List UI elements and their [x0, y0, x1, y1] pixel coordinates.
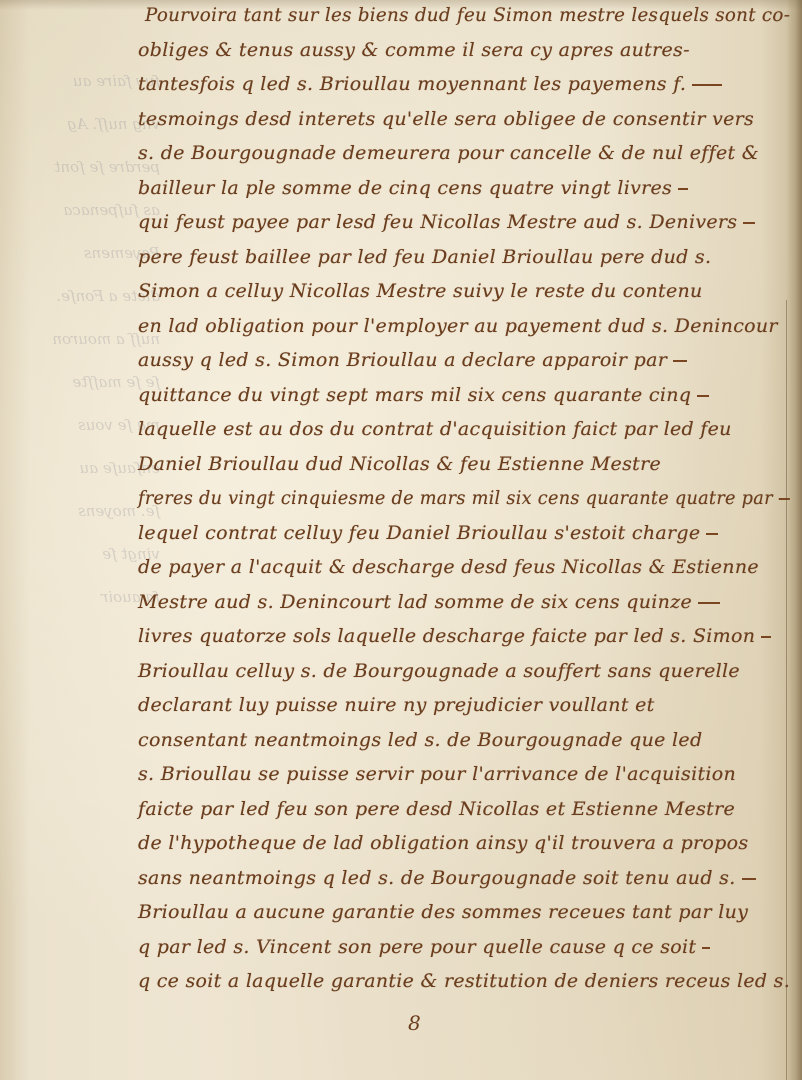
- manuscript-line-text: Brioullau a aucune garantie des sommes r…: [138, 901, 748, 923]
- manuscript-line-text: declarant luy puisse nuire ny prejudicie…: [138, 694, 655, 716]
- manuscript-line: de payer a l'acquit & descharge desd feu…: [138, 556, 759, 578]
- manuscript-line-text: qui feust payee par lesd feu Nicollas Me…: [138, 211, 737, 233]
- manuscript-line-text: Simon a celluy Nicollas Mestre suivy le …: [138, 280, 703, 302]
- manuscript-line: consentant neantmoings led s. de Bourgou…: [138, 729, 702, 751]
- manuscript-line: Mestre aud s. Denincourt lad somme de si…: [138, 591, 720, 613]
- manuscript-line: quittance du vingt sept mars mil six cen…: [138, 384, 709, 406]
- manuscript-line-text: obliges & tenus aussy & comme il sera cy…: [138, 39, 690, 61]
- manuscript-line: sans neantmoings q led s. de Bourgougnad…: [138, 867, 756, 889]
- manuscript-line: bailleur la ple somme de cinq cens quatr…: [138, 177, 688, 199]
- line-filler-stroke: [743, 222, 755, 224]
- manuscript-line-text: lequel contrat celluy feu Daniel Brioull…: [138, 522, 700, 544]
- manuscript-line: en lad obligation pour l'employer au pay…: [138, 315, 778, 337]
- line-filler-stroke: [702, 947, 710, 949]
- manuscript-line: faicte par led feu son pere desd Nicolla…: [138, 798, 735, 820]
- manuscript-line-text: q par led s. Vincent son pere pour quell…: [138, 936, 696, 958]
- manuscript-line-text: Mestre aud s. Denincourt lad somme de si…: [138, 591, 692, 613]
- manuscript-line-text: aussy q led s. Simon Brioullau a declare…: [138, 349, 667, 371]
- manuscript-line-text: tesmoings desd interets qu'elle sera obl…: [138, 108, 754, 130]
- manuscript-line-text: bailleur la ple somme de cinq cens quatr…: [138, 177, 672, 199]
- manuscript-line: livres quatorze sols laquelle descharge …: [138, 625, 771, 647]
- manuscript-line: Simon a celluy Nicollas Mestre suivy le …: [138, 280, 703, 302]
- manuscript-line-text: s. de Bourgougnade demeurera pour cancel…: [138, 142, 759, 164]
- manuscript-line-text: freres du vingt cinquiesme de mars mil s…: [138, 487, 773, 509]
- manuscript-line: s. Brioullau se puisse servir pour l'arr…: [138, 763, 736, 785]
- line-filler-stroke: [692, 84, 722, 86]
- manuscript-line: q par led s. Vincent son pere pour quell…: [138, 936, 710, 958]
- manuscript-line: Daniel Brioullau dud Nicollas & feu Esti…: [138, 453, 661, 475]
- manuscript-line: laquelle est au dos du contrat d'acquisi…: [138, 418, 732, 440]
- manuscript-line-text: pere feust baillee par led feu Daniel Br…: [138, 246, 711, 268]
- binding-edge: [786, 0, 802, 1080]
- manuscript-line-text: tantesfois q led s. Brioullau moyennant …: [138, 73, 686, 95]
- line-filler-stroke: [698, 602, 720, 604]
- manuscript-line-text: s. Brioullau se puisse servir pour l'arr…: [138, 763, 736, 785]
- manuscript-line-text: laquelle est au dos du contrat d'acquisi…: [138, 418, 732, 440]
- manuscript-line: tantesfois q led s. Brioullau moyennant …: [138, 73, 722, 95]
- manuscript-line: Brioullau a aucune garantie des sommes r…: [138, 901, 748, 923]
- line-filler-stroke: [697, 395, 709, 397]
- manuscript-line-text: faicte par led feu son pere desd Nicolla…: [138, 798, 735, 820]
- manuscript-line: pere feust baillee par led feu Daniel Br…: [138, 246, 711, 268]
- manuscript-line: lequel contrat celluy feu Daniel Brioull…: [138, 522, 718, 544]
- manuscript-line: Brioullau celluy s. de Bourgougnade a so…: [138, 660, 740, 682]
- manuscript-line-text: quittance du vingt sept mars mil six cen…: [138, 384, 691, 406]
- line-filler-stroke: [706, 533, 718, 535]
- line-filler-stroke: [742, 878, 756, 880]
- manuscript-page: ſuy faire auvng nuſſ. Agperdre ſe ſontas…: [0, 0, 802, 1080]
- manuscript-line-text: Pourvoira tant sur les biens dud feu Sim…: [145, 4, 790, 26]
- manuscript-line-text: de payer a l'acquit & descharge desd feu…: [138, 556, 759, 578]
- manuscript-line: tesmoings desd interets qu'elle sera obl…: [138, 108, 754, 130]
- manuscript-line: s. de Bourgougnade demeurera pour cancel…: [138, 142, 759, 164]
- manuscript-line: qui feust payee par lesd feu Nicollas Me…: [138, 211, 755, 233]
- manuscript-line: obliges & tenus aussy & comme il sera cy…: [138, 39, 690, 61]
- manuscript-line-text: en lad obligation pour l'employer au pay…: [138, 315, 778, 337]
- manuscript-line: de l'hypotheque de lad obligation ainsy …: [138, 832, 748, 854]
- manuscript-line-text: livres quatorze sols laquelle descharge …: [138, 625, 755, 647]
- manuscript-line-text: Brioullau celluy s. de Bourgougnade a so…: [138, 660, 740, 682]
- line-filler-stroke: [673, 360, 687, 362]
- folio-mark: 8: [408, 1011, 421, 1035]
- manuscript-line: declarant luy puisse nuire ny prejudicie…: [138, 694, 655, 716]
- manuscript-line: Pourvoira tant sur les biens dud feu Sim…: [145, 4, 790, 26]
- manuscript-line: freres du vingt cinquiesme de mars mil s…: [138, 487, 790, 509]
- manuscript-line-text: consentant neantmoings led s. de Bourgou…: [138, 729, 702, 751]
- manuscript-line-text: de l'hypotheque de lad obligation ainsy …: [138, 832, 748, 854]
- manuscript-line-text: Daniel Brioullau dud Nicollas & feu Esti…: [138, 453, 661, 475]
- manuscript-line: aussy q led s. Simon Brioullau a declare…: [138, 349, 687, 371]
- manuscript-line-text: sans neantmoings q led s. de Bourgougnad…: [138, 867, 736, 889]
- manuscript-line: q ce soit a laquelle garantie & restitut…: [138, 970, 790, 992]
- manuscript-line-text: q ce soit a laquelle garantie & restitut…: [138, 970, 790, 992]
- line-filler-stroke: [678, 188, 688, 190]
- line-filler-stroke: [761, 636, 771, 638]
